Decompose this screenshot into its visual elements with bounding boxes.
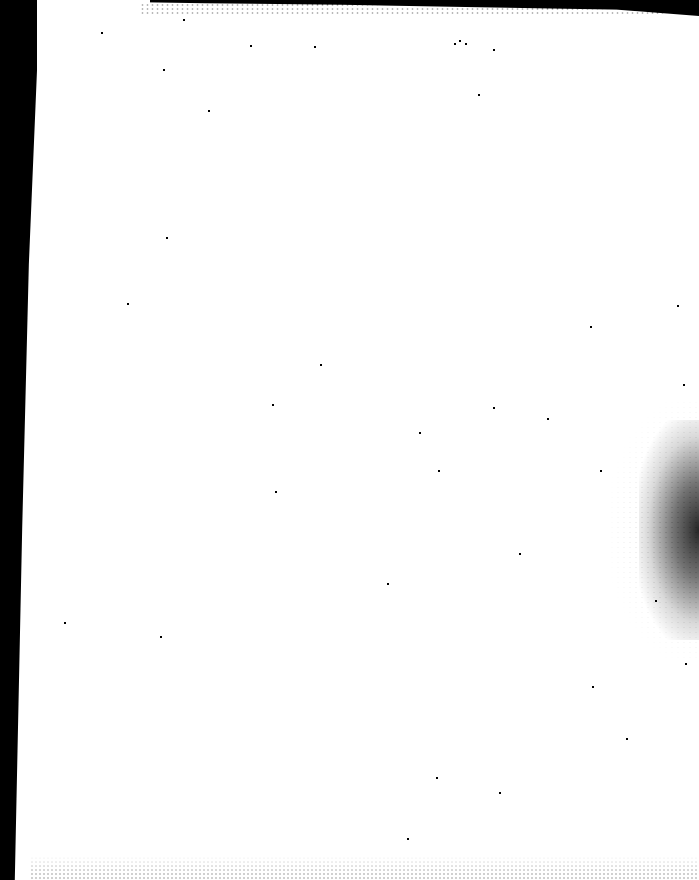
scan-speck: [436, 777, 438, 779]
scan-speck: [478, 94, 480, 96]
scan-bottom-noise: [30, 856, 699, 880]
scan-speck: [592, 686, 594, 688]
scan-speck: [101, 32, 103, 34]
scan-speck: [419, 432, 421, 434]
scan-speck: [127, 303, 129, 305]
scan-speck: [493, 49, 495, 51]
scan-speck: [407, 838, 409, 840]
scan-top-noise: [140, 3, 699, 15]
scan-speck: [160, 636, 162, 638]
scan-speck: [685, 663, 687, 665]
scan-speck: [600, 470, 602, 472]
scanned-blank-page: [0, 0, 699, 880]
scan-speck: [547, 418, 549, 420]
scan-speck: [272, 404, 274, 406]
scan-speck: [183, 19, 185, 21]
scan-shadow-speckle: [609, 400, 699, 660]
scan-speck: [320, 364, 322, 366]
scan-speck: [465, 43, 467, 45]
scan-speck: [590, 326, 592, 328]
scan-speck: [626, 738, 628, 740]
scan-speck: [655, 600, 657, 602]
scan-binding-edge: [0, 0, 37, 880]
scan-speck: [438, 470, 440, 472]
scan-speck: [387, 583, 389, 585]
scan-speck: [314, 46, 316, 48]
scan-speck: [683, 384, 685, 386]
scan-speck: [454, 43, 456, 45]
scan-speck: [208, 110, 210, 112]
scan-speck: [64, 622, 66, 624]
scan-speck: [275, 491, 277, 493]
scan-speck: [499, 792, 501, 794]
scan-speck: [250, 45, 252, 47]
scan-speck: [677, 305, 679, 307]
scan-speck: [493, 407, 495, 409]
scan-speck: [519, 553, 521, 555]
scan-speck: [459, 40, 461, 42]
scan-speck: [163, 69, 165, 71]
scan-speck: [166, 237, 168, 239]
